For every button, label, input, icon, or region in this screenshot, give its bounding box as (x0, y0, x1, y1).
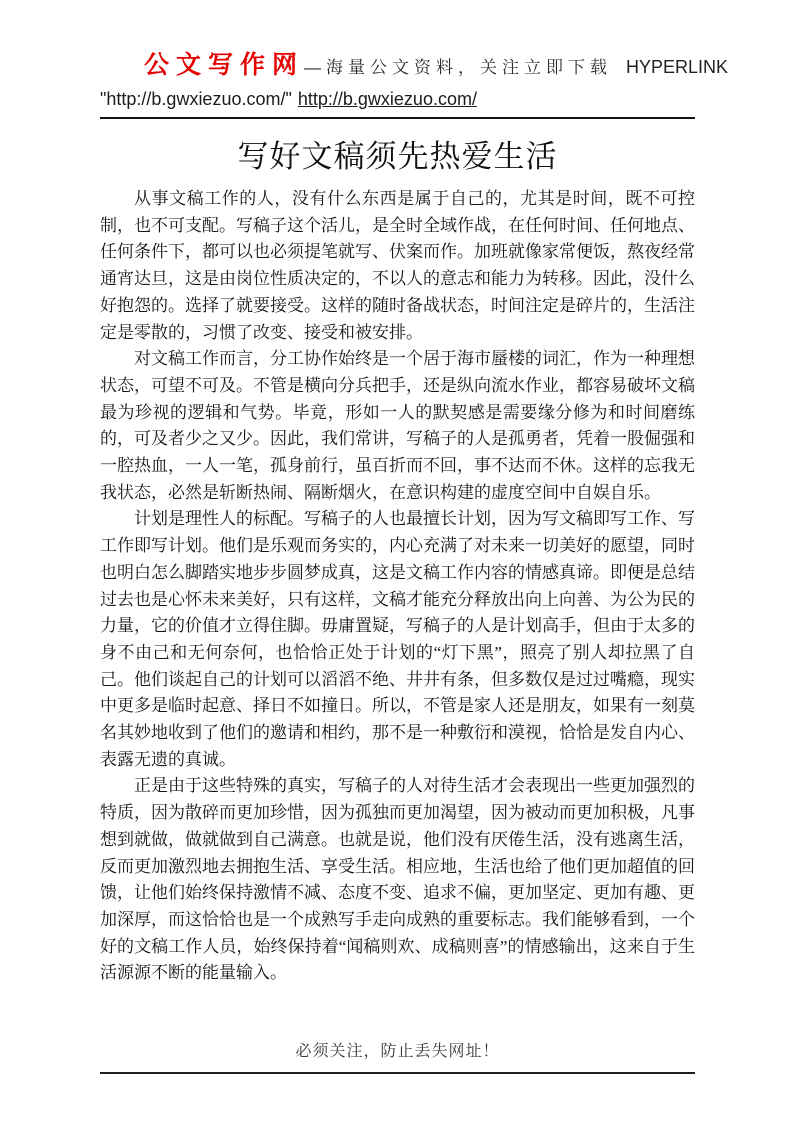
site-brand: 公文写作网 (144, 50, 304, 80)
paragraph-1: 从事文稿工作的人，没有什么东西是属于自己的，尤其是时间，既不可控制，也不可支配。… (100, 186, 695, 346)
site-header: 公文写作网—海量公文资料，关注立即下载HYPERLINK "http://b.g… (100, 50, 695, 119)
paragraph-4: 正是由于这些特殊的真实，写稿子的人对待生活才会表现出一些更加强烈的特质，因为散碎… (100, 773, 695, 987)
site-url-link[interactable]: http://b.gwxiezuo.com/ (298, 89, 477, 109)
header-url-line: "http://b.gwxiezuo.com/"http://b.gwxiezu… (100, 89, 695, 110)
site-tagline: —海量公文资料，关注立即下载 (304, 53, 612, 78)
document-body: 从事文稿工作的人，没有什么东西是属于自己的，尤其是时间，既不可控制，也不可支配。… (100, 186, 695, 987)
footer-notice-bar: 必须关注，防止丢失网址！ (100, 1038, 695, 1074)
header-brand-line: 公文写作网—海量公文资料，关注立即下载HYPERLINK (144, 50, 695, 80)
paragraph-3: 计划是理性人的标配。写稿子的人也最擅长计划，因为写文稿即写工作、写工作即写计划。… (100, 506, 695, 773)
paragraph-2: 对文稿工作而言，分工协作始终是一个居于海市蜃楼的词汇，作为一种理想状态，可望不可… (100, 346, 695, 506)
footer-notice: 必须关注，防止丢失网址！ (295, 1043, 499, 1060)
site-url-quoted: "http://b.gwxiezuo.com/" (100, 89, 292, 109)
page-title: 写好文稿须先热爱生活 (100, 131, 695, 176)
hyperlink-label: HYPERLINK (626, 57, 728, 78)
document-page: 公文写作网—海量公文资料，关注立即下载HYPERLINK "http://b.g… (0, 0, 793, 1121)
page-content: 公文写作网—海量公文资料，关注立即下载HYPERLINK "http://b.g… (100, 50, 695, 987)
